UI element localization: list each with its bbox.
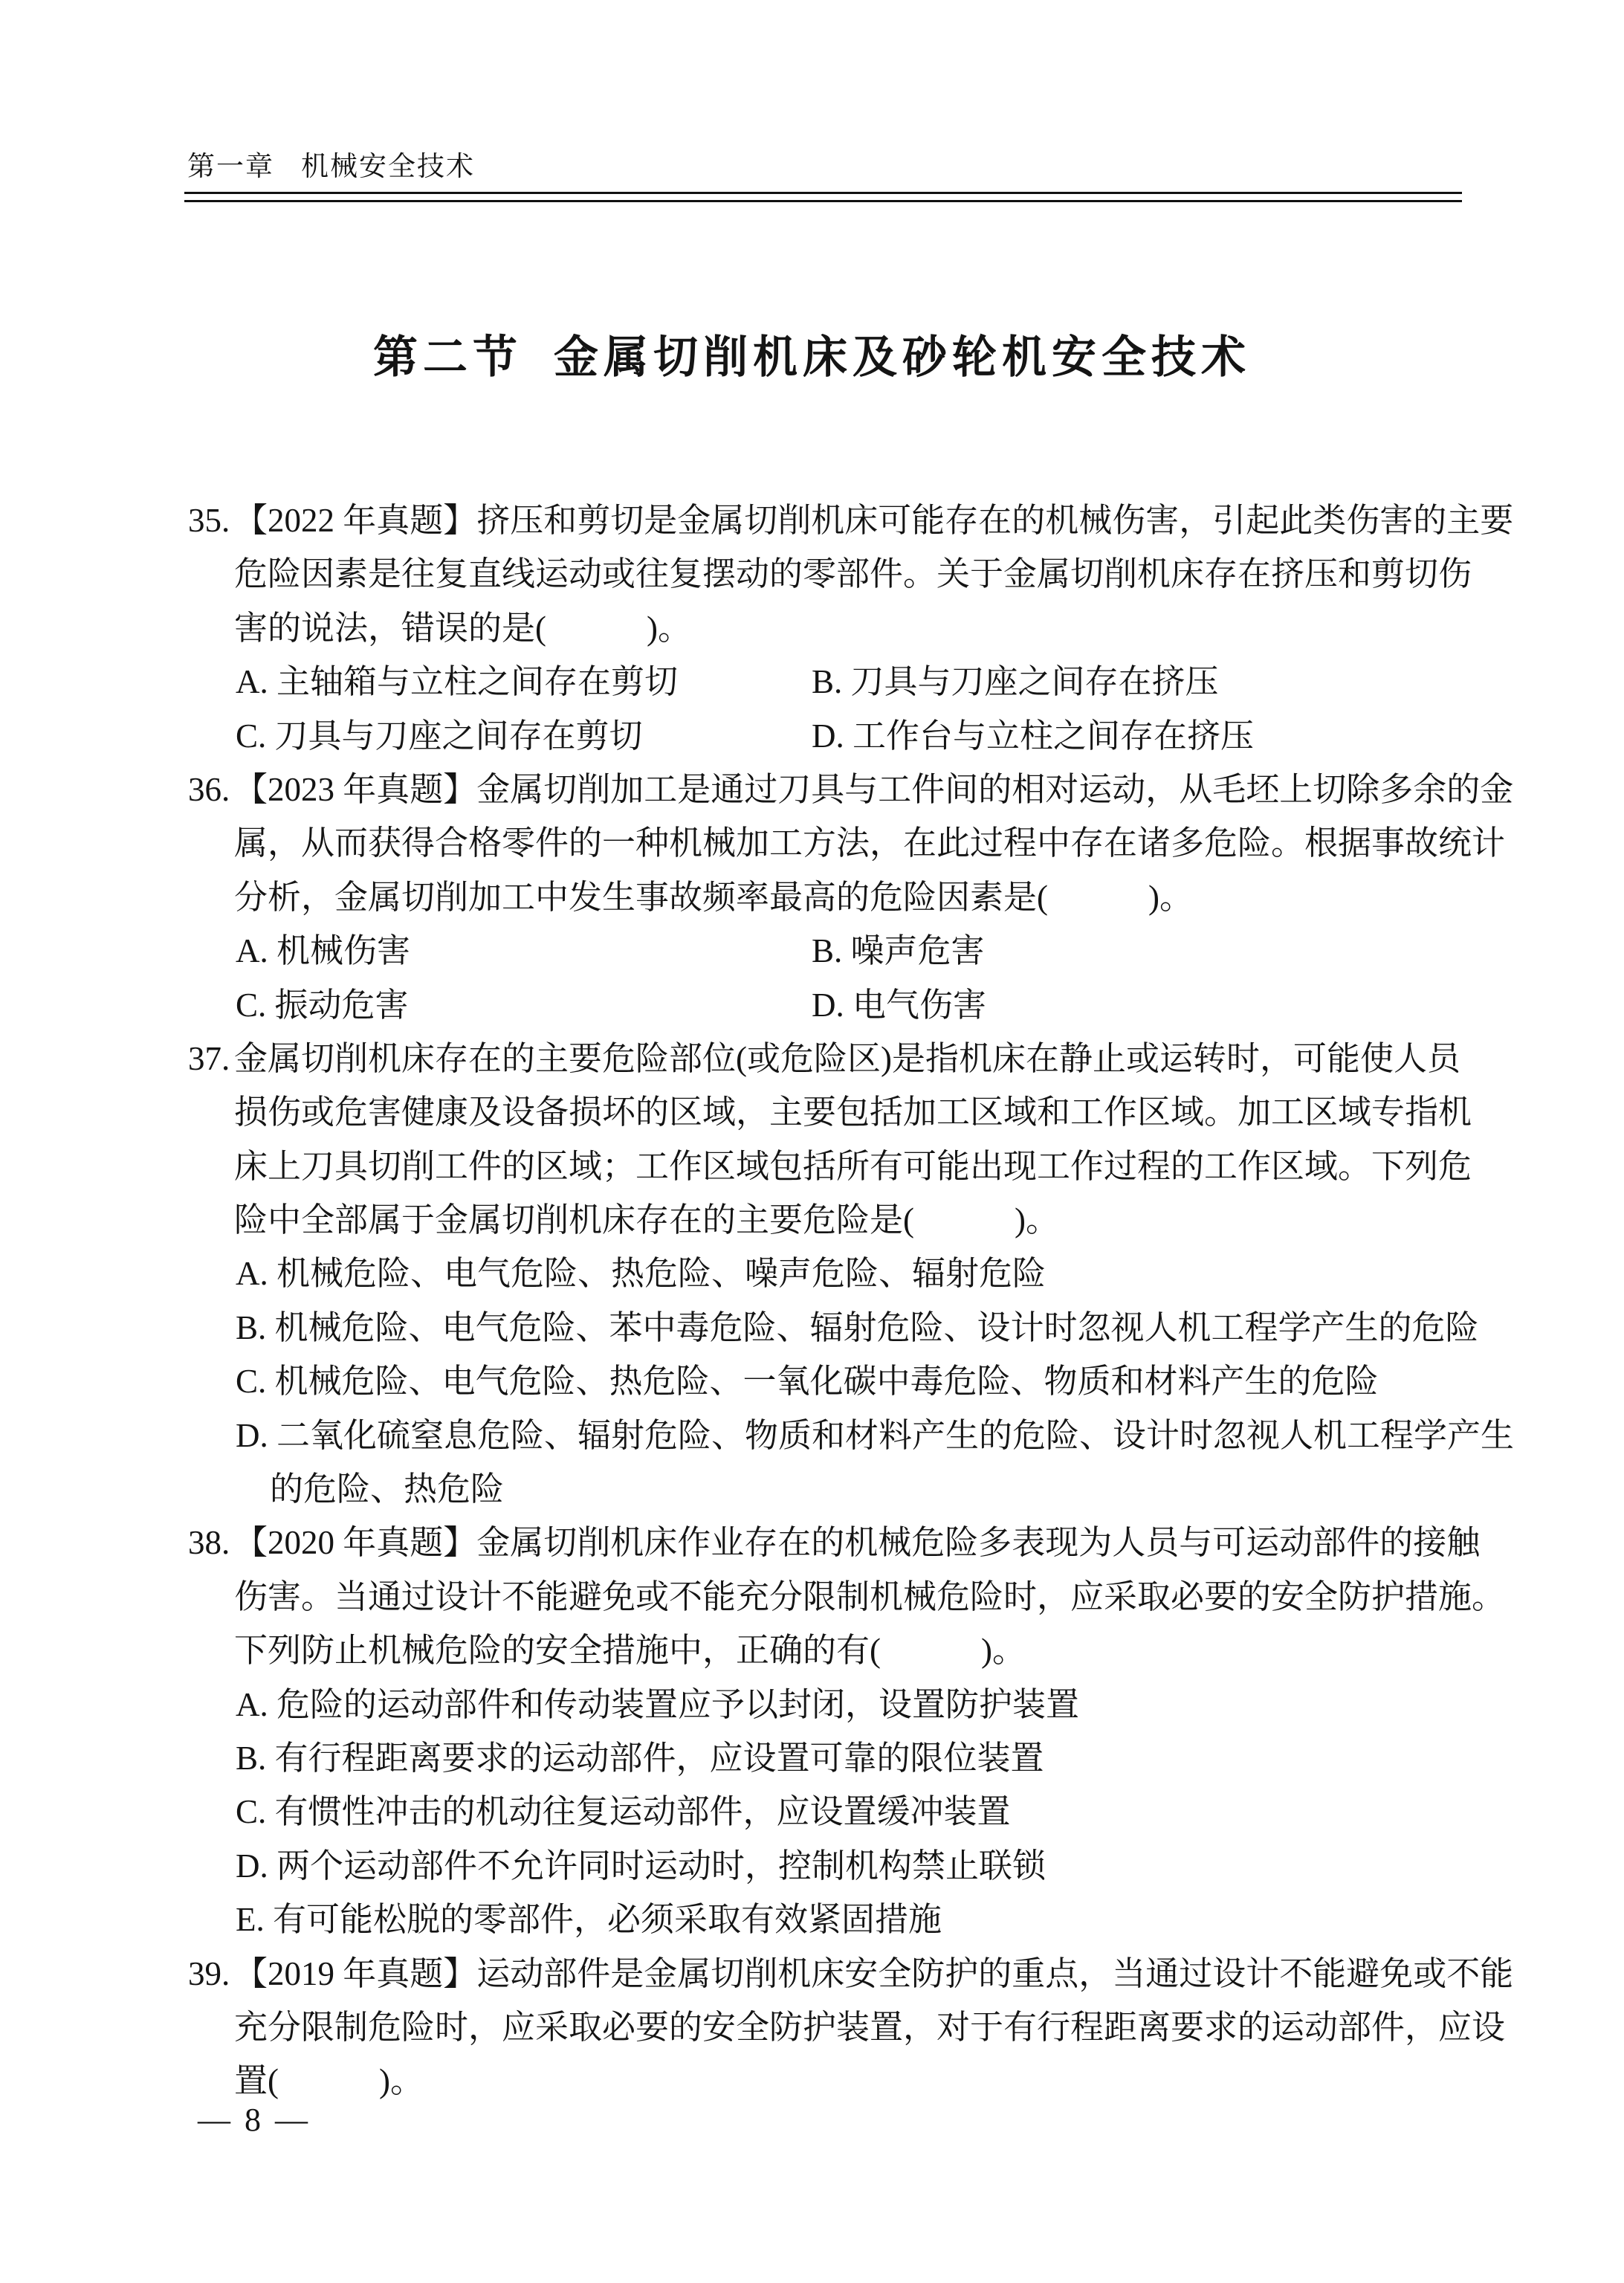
q35-option-d: D. 工作台与立柱之间存在挤压 xyxy=(812,717,1254,755)
q37-line-1: 37.金属切削机床存在的主要危险部位(或危险区)是指机床在静止或运转时，可能使人… xyxy=(188,1032,1460,1085)
q37-line-3: 床上刀具切削工件的区域；工作区域包括所有可能出现工作过程的工作区域。下列危 xyxy=(188,1140,1460,1193)
q39-year-tag: 【2019 年真题】 xyxy=(234,1955,476,1992)
q36-option-b: B. 噪声危害 xyxy=(812,932,985,969)
q35-options-row-1: A. 主轴箱与立柱之间存在剪切B. 刀具与刀座之间存在挤压 xyxy=(188,655,1460,708)
section-name: 金属切削机床及砂轮机安全技术 xyxy=(554,333,1251,382)
q35-options-row-2: C. 刀具与刀座之间存在剪切D. 工作台与立柱之间存在挤压 xyxy=(188,709,1460,763)
questions-block: 35.【2022 年真题】挤压和剪切是金属切削机床可能存在的机械伤害，引起此类伤… xyxy=(188,494,1460,2108)
q38-line-3: 下列防止机械危险的安全措施中，正确的有( )。 xyxy=(188,1624,1460,1677)
q38-line-2: 伤害。当通过设计不能避免或不能充分限制机械危险时，应采取必要的安全防护措施。 xyxy=(188,1570,1460,1624)
q38-option-e: E. 有可能松脱的零部件，必须采取有效紧固措施 xyxy=(188,1893,1460,1946)
q38-year-tag: 【2020 年真题】 xyxy=(234,1524,476,1561)
q37-line-4: 险中全部属于金属切削机床存在的主要危险是( )。 xyxy=(188,1193,1460,1247)
section-label: 第二节 xyxy=(373,333,523,382)
q37-option-b: B. 机械危险、电气危险、苯中毒危险、辐射危险、设计时忽视人机工程学产生的危险 xyxy=(188,1301,1460,1354)
q35-option-c: C. 刀具与刀座之间存在剪切 xyxy=(236,709,812,763)
chapter-label: 第一章 xyxy=(187,152,274,182)
q38-option-a: A. 危险的运动部件和传动装置应予以封闭，设置防护装置 xyxy=(188,1678,1460,1731)
q36-options-row-2: C. 振动危害D. 电气伤害 xyxy=(188,978,1460,1032)
running-header: 第一章机械安全技术 xyxy=(187,152,475,183)
q36-options-row-1: A. 机械伤害B. 噪声危害 xyxy=(188,924,1460,978)
q38-option-d: D. 两个运动部件不允许同时运动时，控制机构禁止联锁 xyxy=(188,1839,1460,1893)
q38-option-c: C. 有惯性冲击的机动往复运动部件，应设置缓冲装置 xyxy=(188,1785,1460,1838)
q36-option-a: A. 机械伤害 xyxy=(236,924,812,978)
q38-number: 38. xyxy=(188,1516,234,1569)
q35-line-1: 35.【2022 年真题】挤压和剪切是金属切削机床可能存在的机械伤害，引起此类伤… xyxy=(188,494,1460,547)
q35-number: 35. xyxy=(188,494,234,547)
q39-line-1: 39.【2019 年真题】运动部件是金属切削机床安全防护的重点，当通过设计不能避… xyxy=(188,1947,1460,2001)
q36-line-2: 属，从而获得合格零件的一种机械加工方法，在此过程中存在诸多危险。根据事故统计 xyxy=(188,816,1460,870)
q37-line-2: 损伤或危害健康及设备损坏的区域，主要包括加工区域和工作区域。加工区域专指机 xyxy=(188,1085,1460,1139)
q35-line-2: 危险因素是往复直线运动或往复摆动的零部件。关于金属切削机床存在挤压和剪切伤 xyxy=(188,547,1460,601)
q37-number: 37. xyxy=(188,1032,234,1085)
q36-option-d: D. 电气伤害 xyxy=(812,986,986,1024)
header-double-rule xyxy=(184,192,1462,202)
section-title: 第二节金属切削机床及砂轮机安全技术 xyxy=(0,333,1624,382)
q35-line-3: 害的说法，错误的是( )。 xyxy=(188,601,1460,655)
q39-line-3: 置( )。 xyxy=(188,2054,1460,2108)
q35-text-1: 挤压和剪切是金属切削机床可能存在的机械伤害，引起此类伤害的主要 xyxy=(476,502,1513,539)
q36-option-c: C. 振动危害 xyxy=(236,978,812,1032)
q39-line-2: 充分限制危险时，应采取必要的安全防护装置，对于有行程距离要求的运动部件，应设 xyxy=(188,2001,1460,2054)
q37-option-a: A. 机械危险、电气危险、热危险、噪声危险、辐射危险 xyxy=(188,1247,1460,1300)
q35-option-b: B. 刀具与刀座之间存在挤压 xyxy=(812,663,1219,700)
q37-option-d-continued: 的危险、热危险 xyxy=(188,1462,1460,1516)
q36-text-1: 金属切削加工是通过刀具与工件间的相对运动，从毛坯上切除多余的金 xyxy=(476,771,1513,808)
q36-number: 36. xyxy=(188,763,234,816)
q36-line-1: 36.【2023 年真题】金属切削加工是通过刀具与工件间的相对运动，从毛坯上切除… xyxy=(188,763,1460,816)
q37-option-c: C. 机械危险、电气危险、热危险、一氧化碳中毒危险、物质和材料产生的危险 xyxy=(188,1354,1460,1408)
q37-option-d: D. 二氧化硫窒息危险、辐射危险、物质和材料产生的危险、设计时忽视人机工程学产生 xyxy=(188,1409,1460,1462)
document-page: 第一章机械安全技术 第二节金属切削机床及砂轮机安全技术 35.【2022 年真题… xyxy=(0,0,1624,2283)
q36-year-tag: 【2023 年真题】 xyxy=(234,771,476,808)
chapter-title: 机械安全技术 xyxy=(301,152,475,182)
q38-line-1: 38.【2020 年真题】金属切削机床作业存在的机械危险多表现为人员与可运动部件… xyxy=(188,1516,1460,1569)
q37-text-1: 金属切削机床存在的主要危险部位(或危险区)是指机床在静止或运转时，可能使人员 xyxy=(234,1040,1460,1077)
q35-option-a: A. 主轴箱与立柱之间存在剪切 xyxy=(236,655,812,708)
q38-text-1: 金属切削机床作业存在的机械危险多表现为人员与可运动部件的接触 xyxy=(476,1524,1480,1561)
q38-option-b: B. 有行程距离要求的运动部件，应设置可靠的限位装置 xyxy=(188,1731,1460,1785)
page-number: — 8 — xyxy=(198,2102,311,2138)
q36-line-3: 分析，金属切削加工中发生事故频率最高的危险因素是( )。 xyxy=(188,871,1460,924)
q39-number: 39. xyxy=(188,1947,234,2001)
q35-year-tag: 【2022 年真题】 xyxy=(234,502,476,539)
q39-text-1: 运动部件是金属切削机床安全防护的重点，当通过设计不能避免或不能 xyxy=(476,1955,1513,1992)
